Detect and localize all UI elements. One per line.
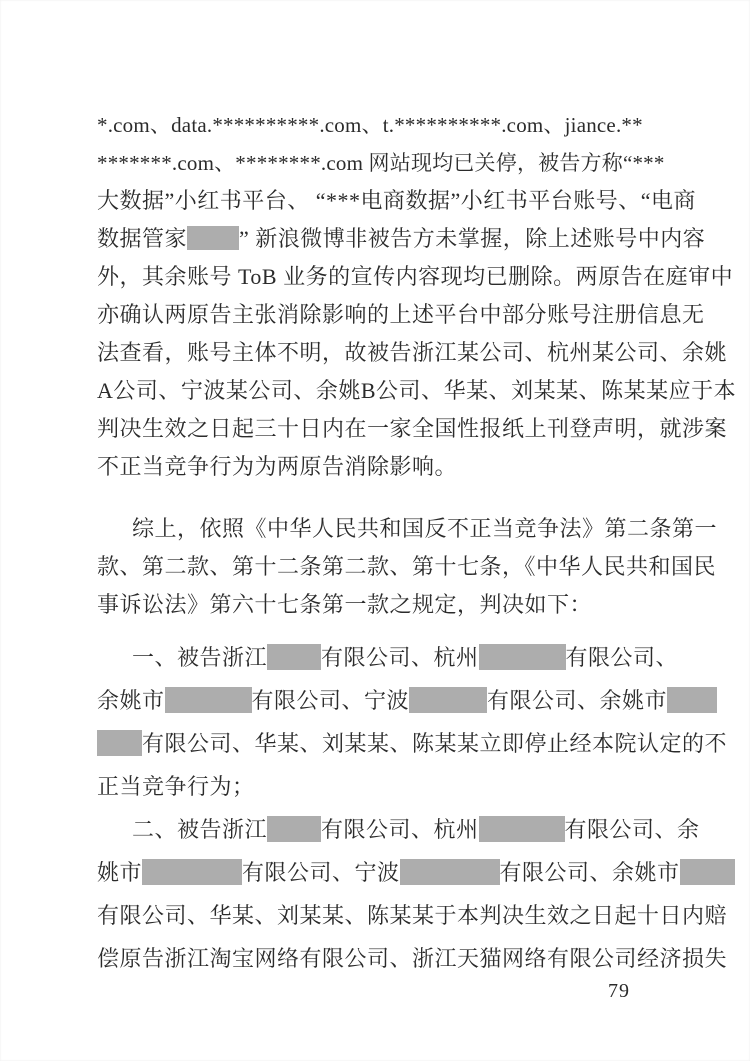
text-segment: 姚市 xyxy=(97,860,142,885)
paragraph-judgment-item-1: 一、被告浙江有限公司、杭州有限公司、 余姚市有限公司、宁波有限公司、余姚市 有限… xyxy=(97,636,659,808)
text-line: 姚市有限公司、宁波有限公司、余姚市 xyxy=(97,851,659,894)
text-line: 外，其余账号 ToB 业务的宣传内容现均已删除。两原告在庭审中 xyxy=(97,258,659,296)
redaction-box xyxy=(667,687,717,713)
text-line: 款、第二款、第十二条第二款、第十七条，《中华人民共和国民 xyxy=(97,548,659,586)
text-line: 一、被告浙江有限公司、杭州有限公司、 xyxy=(97,636,659,679)
text-line: *.com、data.**********.com、t.**********.c… xyxy=(97,106,659,144)
redaction-box xyxy=(187,226,239,250)
text-line: 余姚市有限公司、宁波有限公司、余姚市 xyxy=(97,679,659,722)
text-line: 数据管家” 新浪微博非被告方未掌握，除上述账号中内容 xyxy=(97,220,659,258)
paragraph-closing-websites: *.com、data.**********.com、t.**********.c… xyxy=(97,106,659,486)
redaction-box xyxy=(97,730,142,756)
text-line: 判决生效之日起三十日内在一家全国性报纸上刊登声明，就涉案 xyxy=(97,410,659,448)
text-line: 二、被告浙江有限公司、杭州有限公司、余 xyxy=(97,808,659,851)
text-segment: 二、被告浙江 xyxy=(132,817,267,842)
text-segment: 有限公司、宁波 xyxy=(242,860,400,885)
redaction-box xyxy=(400,859,500,885)
text-line: 事诉讼法》第六十七条第一款之规定，判决如下： xyxy=(97,586,659,624)
text-segment: 有限公司、余姚市 xyxy=(500,860,680,885)
text-line: 有限公司、华某、刘某某、陈某某立即停止经本院认定的不 xyxy=(97,722,659,765)
text-line: 有限公司、华某、刘某某、陈某某于本判决生效之日起十日内赔 xyxy=(97,894,659,937)
text-segment: ” 新浪微博非被告方未掌握，除上述账号中内容 xyxy=(239,226,705,251)
redaction-box xyxy=(409,687,487,713)
redaction-box xyxy=(142,859,242,885)
text-segment: 有限公司、杭州 xyxy=(321,645,479,670)
redaction-box xyxy=(267,644,321,670)
page-number: 79 xyxy=(608,980,630,1003)
text-segment: 有限公司、宁波 xyxy=(252,688,410,713)
redaction-box xyxy=(680,859,735,885)
text-segment: 有限公司、余 xyxy=(565,817,700,842)
text-line: 综上，依照《中华人民共和国反不正当竞争法》第二条第一 xyxy=(97,510,659,548)
paragraph-judgment-item-2: 二、被告浙江有限公司、杭州有限公司、余 姚市有限公司、宁波有限公司、余姚市 有限… xyxy=(97,808,659,980)
text-segment: 有限公司、余姚市 xyxy=(487,688,667,713)
document-body: *.com、data.**********.com、t.**********.c… xyxy=(97,106,659,980)
text-line: 偿原告浙江淘宝网络有限公司、浙江天猫网络有限公司经济损失 xyxy=(97,937,659,980)
redaction-box xyxy=(479,816,565,842)
document-page: *.com、data.**********.com、t.**********.c… xyxy=(0,0,750,1061)
text-segment: 余姚市 xyxy=(97,688,165,713)
redaction-box xyxy=(479,644,566,670)
text-line: 大数据”小红书平台、 “***电商数据”小红书平台账号、“电商 xyxy=(97,182,659,220)
redaction-box xyxy=(165,687,252,713)
text-line: 亦确认两原告主张消除影响的上述平台中部分账号注册信息无 xyxy=(97,296,659,334)
text-line: 法查看，账号主体不明，故被告浙江某公司、杭州某公司、余姚 xyxy=(97,334,659,372)
text-segment: 有限公司、 xyxy=(566,645,679,670)
text-segment: 数据管家 xyxy=(97,226,187,251)
text-segment: 有限公司、杭州 xyxy=(321,817,479,842)
text-segment: 有限公司、华某、刘某某、陈某某立即停止经本院认定的不 xyxy=(142,731,727,756)
text-line: 正当竞争行为； xyxy=(97,765,659,808)
text-line: *******.com、********.com 网站现均已关停，被告方称“**… xyxy=(97,144,659,182)
redaction-box xyxy=(267,816,321,842)
text-line: 不正当竞争行为为两原告消除影响。 xyxy=(97,448,659,486)
paragraph-legal-basis: 综上，依照《中华人民共和国反不正当竞争法》第二条第一 款、第二款、第十二条第二款… xyxy=(97,510,659,624)
text-line: A公司、宁波某公司、余姚B公司、华某、刘某某、陈某某应于本 xyxy=(97,372,659,410)
text-segment: 一、被告浙江 xyxy=(132,645,267,670)
